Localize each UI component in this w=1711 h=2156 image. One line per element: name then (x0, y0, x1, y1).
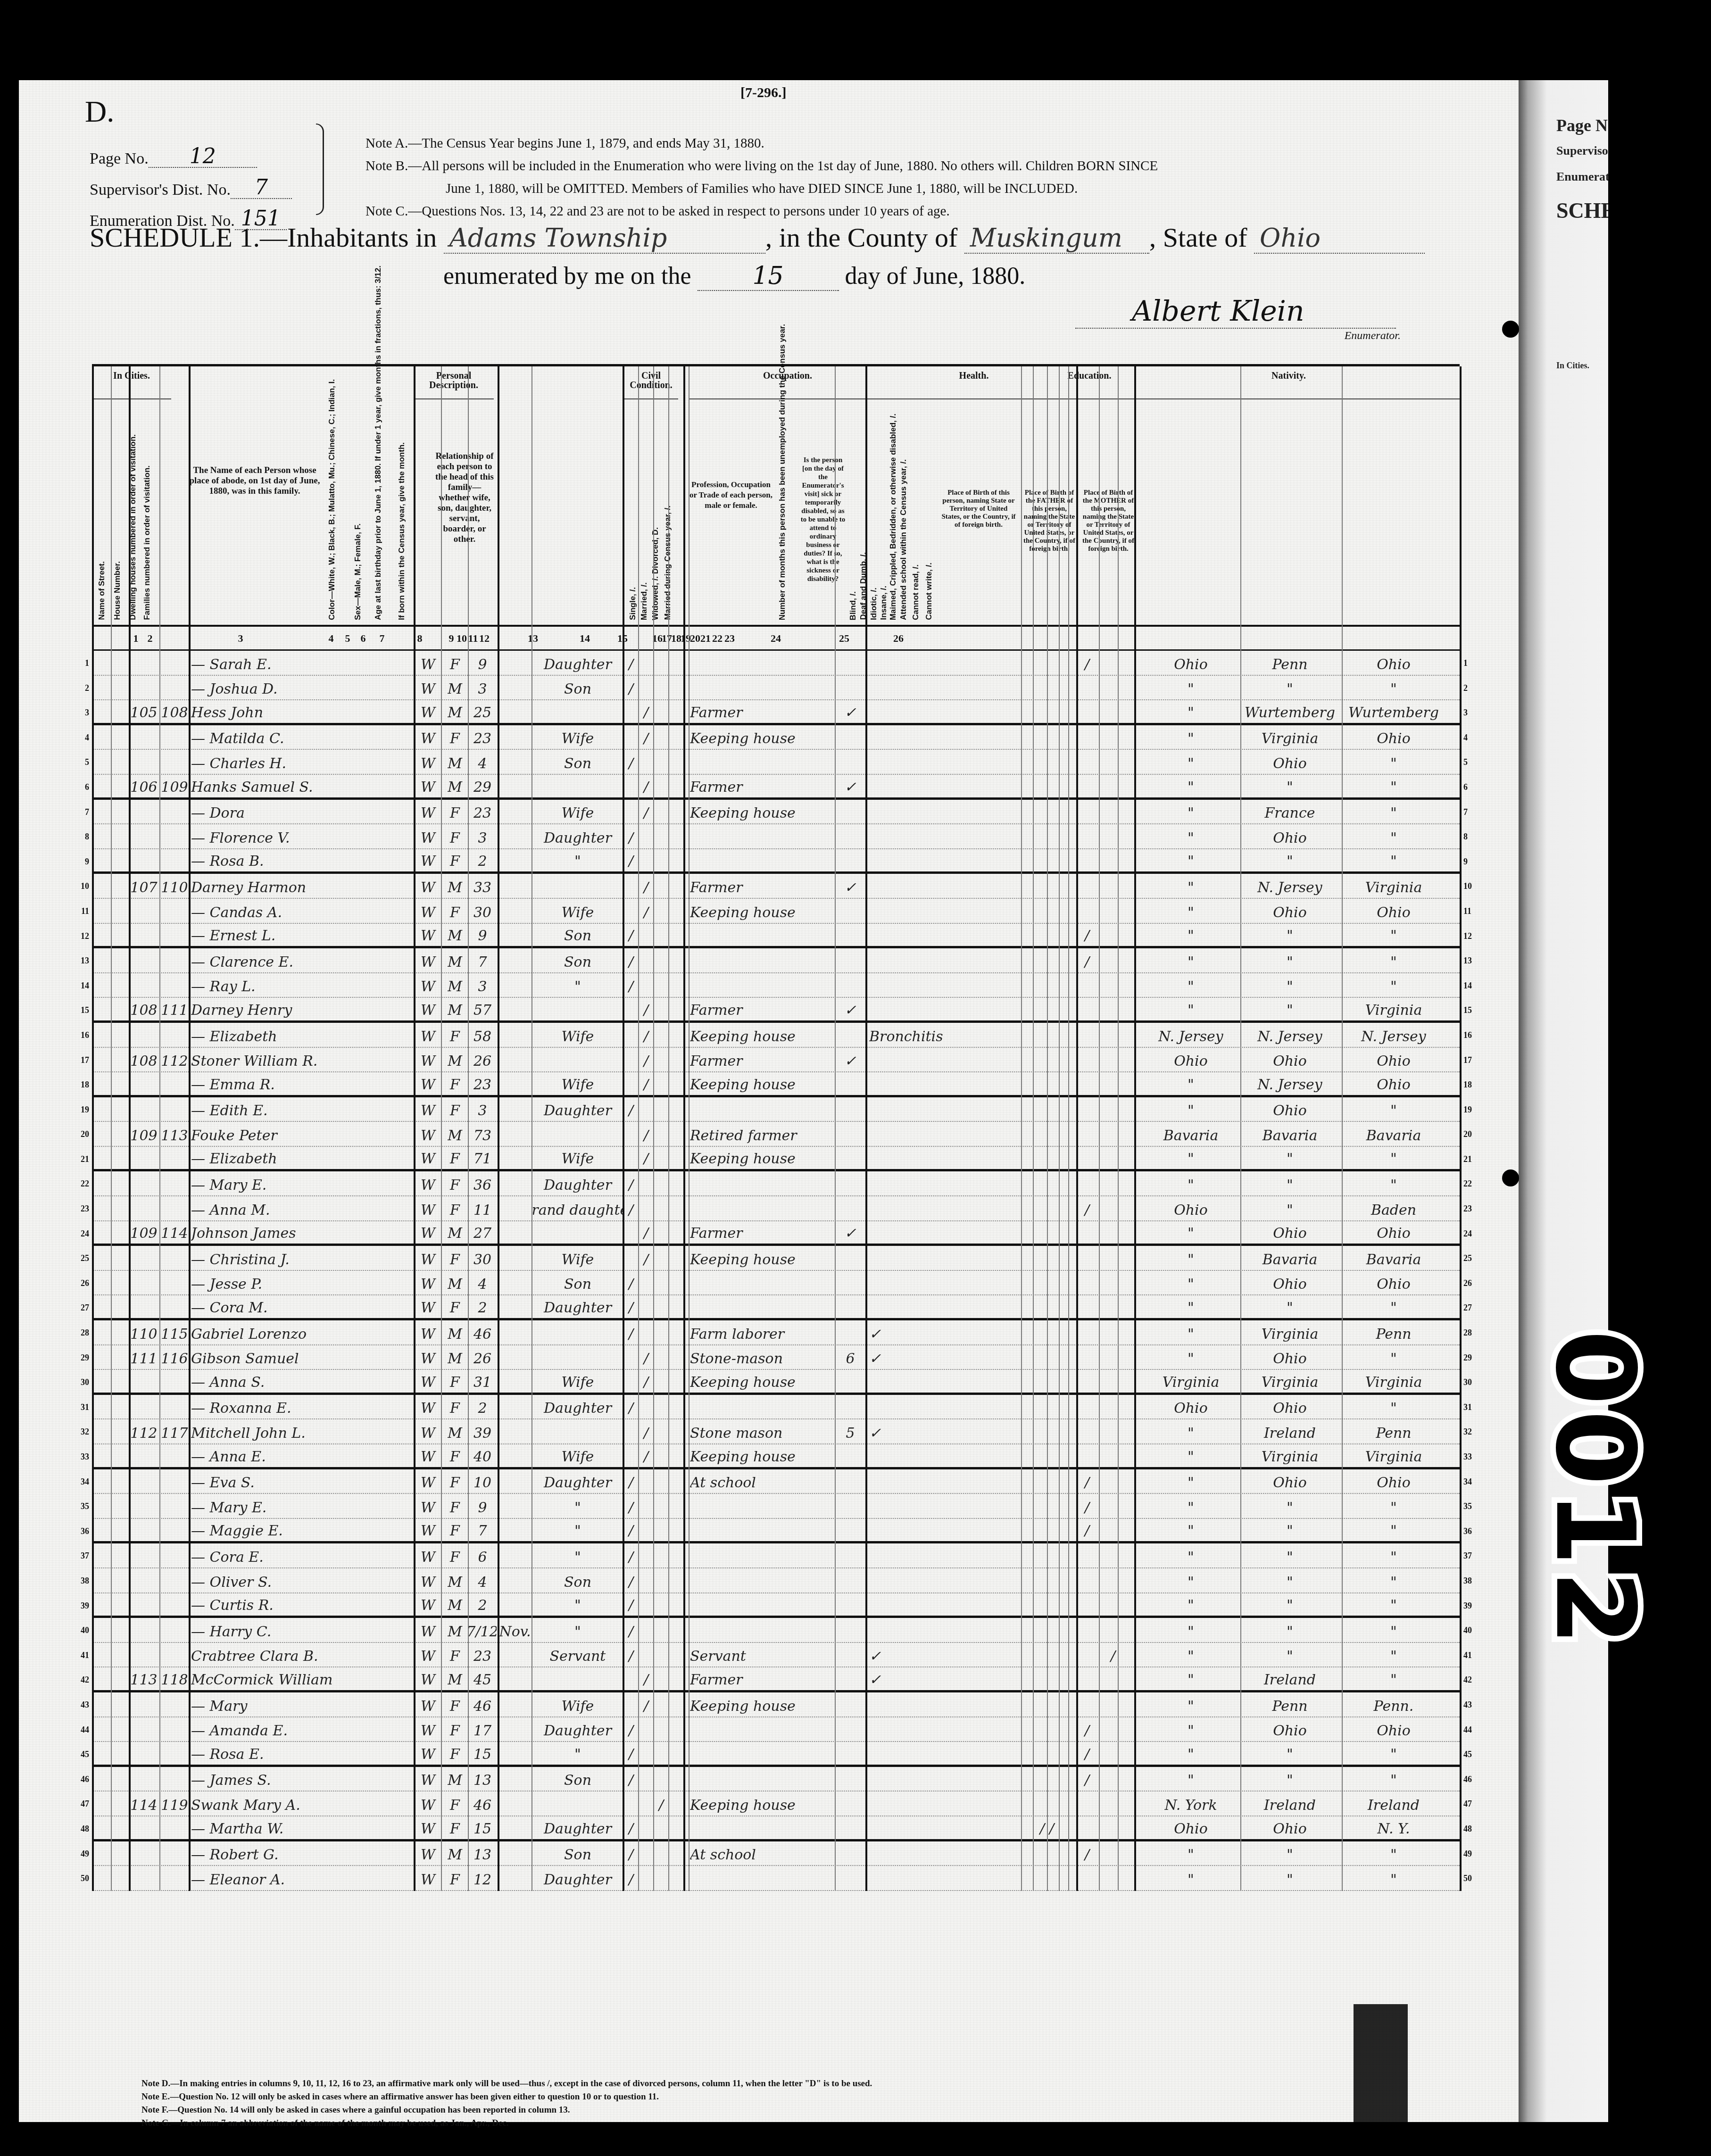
col-attended-school: Attended school within the Census year, … (899, 459, 908, 620)
table-row: 4242113118McCormick WilliamWM45/Farmer✓"… (92, 1667, 1460, 1692)
line-number-right: 16 (1463, 1030, 1472, 1040)
cell-occ: Farmer (690, 775, 831, 797)
scan-shadow (0, 1816, 14, 1938)
cell-sex: F (442, 849, 468, 872)
cell-single (624, 1345, 638, 1369)
cell-idiotic (1047, 775, 1056, 797)
cell-school (1078, 1246, 1096, 1270)
cell-idiotic (1047, 1618, 1056, 1642)
cell-age: 46 (468, 1320, 497, 1344)
cell-dw (130, 1147, 158, 1169)
cell-unemp (836, 1246, 864, 1270)
line-number-right: 17 (1463, 1055, 1472, 1065)
cell-fbp: Virginia (1243, 725, 1337, 749)
cell-deaf (1038, 1345, 1047, 1369)
cell-sick (869, 1196, 1011, 1220)
table-row: 77— DoraWF23Wife/Keeping house"France" (92, 800, 1460, 825)
cell-occ (690, 1593, 831, 1616)
cell-name: — Maggie E. (191, 1519, 413, 1542)
cell-bp: " (1144, 1841, 1238, 1866)
cell-deaf (1038, 1791, 1047, 1816)
cell-deaf (1038, 1320, 1047, 1344)
cell-idiotic (1047, 1866, 1056, 1890)
cell-month (498, 1667, 532, 1690)
cell-sex: F (442, 1866, 468, 1890)
cell-fam (160, 1519, 189, 1542)
col-num: 22 (712, 632, 723, 645)
cell-deaf (1038, 1692, 1047, 1717)
cell-fbp: Bavaria (1243, 1246, 1337, 1270)
cell-deaf: / (1038, 1816, 1047, 1839)
cell-married (639, 1295, 653, 1318)
cell-name: — Elizabeth (191, 1023, 413, 1047)
cell-fam (160, 1072, 189, 1095)
cell-rel: Daughter (533, 824, 623, 848)
cell-fam (160, 899, 189, 923)
cell-married (639, 651, 653, 675)
enumerator-label: Enumerator. (1345, 330, 1401, 342)
cell-occ (690, 750, 831, 774)
cell-age: 17 (468, 1717, 497, 1741)
cell-name: — Amanda E. (191, 1717, 413, 1741)
cell-month (498, 1023, 532, 1047)
cell-fam (160, 924, 189, 946)
col-num: 14 (578, 632, 592, 645)
cell-deaf (1038, 899, 1047, 923)
col-num: 2 (143, 632, 157, 645)
cell-idiotic (1047, 1048, 1056, 1072)
cell-idiotic (1047, 1147, 1056, 1169)
cell-sick (869, 1841, 1011, 1866)
cell-widowed (654, 750, 668, 774)
cell-rel (533, 1345, 623, 1369)
cell-sex: M (442, 998, 468, 1020)
cell-sex: F (442, 800, 468, 824)
adjacent-enumeration: Enumerat (1556, 170, 1608, 184)
cell-age: 33 (468, 874, 497, 898)
line-number-right: 19 (1463, 1105, 1472, 1115)
line-number: 38 (77, 1576, 89, 1586)
cell-cannot-write (1106, 800, 1120, 824)
cell-bp: " (1144, 899, 1238, 923)
cell-age: 23 (468, 800, 497, 824)
cell-cannot-write (1106, 1072, 1120, 1095)
cell-month (498, 1147, 532, 1169)
cell-mbp: Penn (1346, 1320, 1441, 1344)
cell-color: W (415, 1469, 441, 1493)
cell-name: — Mary (191, 1692, 413, 1717)
cell-widowed (654, 1767, 668, 1791)
cell-month (498, 1419, 532, 1443)
cell-fbp: Virginia (1243, 1370, 1337, 1393)
cell-dw: 113 (130, 1667, 158, 1690)
cell-unemp (836, 1320, 864, 1344)
cell-color: W (415, 1494, 441, 1518)
line-number-right: 6 (1463, 782, 1468, 792)
cell-widowed (654, 700, 668, 723)
cell-idiotic (1047, 1742, 1056, 1765)
cell-fbp: " (1243, 1295, 1337, 1318)
binding-hole (1502, 321, 1519, 338)
cell-deaf (1038, 1543, 1047, 1567)
cell-bp: " (1144, 824, 1238, 848)
cell-bp: Ohio (1144, 1816, 1238, 1839)
cell-sex: F (442, 1742, 468, 1765)
cell-age: 27 (468, 1221, 497, 1244)
cell-married: / (639, 1246, 653, 1270)
cell-bp: Ohio (1144, 1048, 1238, 1072)
cell-dw: 110 (130, 1320, 158, 1344)
cell-fam (160, 1444, 189, 1467)
cell-sick: Bronchitis (869, 1023, 1011, 1047)
cell-fbp: " (1243, 1643, 1337, 1667)
cell-idiotic (1047, 1667, 1056, 1690)
cell-idiotic (1047, 1171, 1056, 1195)
cell-sick (869, 1816, 1011, 1839)
cell-mbp: Bavaria (1346, 1246, 1441, 1270)
cell-widowed (654, 1444, 668, 1467)
cell-name: — Anna S. (191, 1370, 413, 1393)
cell-occ: Farmer (690, 874, 831, 898)
cell-sick (869, 1072, 1011, 1095)
cell-school (1078, 1097, 1096, 1121)
cell-mbp: Ohio (1346, 899, 1441, 923)
cell-school (1078, 1444, 1096, 1467)
cell-sex: F (442, 1147, 468, 1169)
cell-school: / (1078, 1841, 1096, 1866)
cell-married: / (639, 874, 653, 898)
cell-month (498, 1295, 532, 1318)
cell-deaf (1038, 1419, 1047, 1443)
cell-fam (160, 1271, 189, 1295)
table-row: 3737— Cora E.WF6"/""" (92, 1543, 1460, 1568)
cell-sex: M (442, 1767, 468, 1791)
cell-occ (690, 824, 831, 848)
note-d: Note D.—In making entries in columns 9, … (141, 2077, 872, 2090)
cell-sick (869, 1767, 1011, 1791)
cell-rel: " (533, 1543, 623, 1567)
cell-sex: M (442, 676, 468, 700)
cell-school (1078, 1271, 1096, 1295)
line-number-right: 32 (1463, 1427, 1472, 1437)
cell-color: W (415, 1543, 441, 1567)
cell-fbp: " (1243, 1568, 1337, 1592)
cell-age: 9 (468, 651, 497, 675)
cell-month (498, 1866, 532, 1890)
cell-name: — Anna M. (191, 1196, 413, 1220)
cell-cannot-write (1106, 725, 1120, 749)
cell-married (639, 676, 653, 700)
cell-fbp: " (1243, 1519, 1337, 1542)
cell-age: 6 (468, 1543, 497, 1567)
col-maimed: Maimed, Crippled, Bedridden, or otherwis… (889, 414, 897, 620)
cell-married: / (639, 700, 653, 723)
group-occupation: Occupation. (689, 366, 887, 399)
line-number-right: 9 (1463, 857, 1468, 867)
cell-cannot-write (1106, 1692, 1120, 1717)
cell-sick (869, 1742, 1011, 1765)
cell-sex: M (442, 1271, 468, 1295)
cell-color: W (415, 1023, 441, 1047)
cell-idiotic (1047, 1419, 1056, 1443)
cell-age: 13 (468, 1767, 497, 1791)
line-number: 16 (77, 1030, 89, 1040)
cell-occ (690, 948, 831, 972)
cell-bp: " (1144, 1643, 1238, 1667)
cell-unemp (836, 824, 864, 848)
cell-widowed (654, 1122, 668, 1146)
cell-bp: " (1144, 1717, 1238, 1741)
page-no-label: Page No. (90, 150, 149, 168)
cell-fam (160, 676, 189, 700)
cell-rel (533, 1221, 623, 1244)
col-num: 16 (652, 632, 662, 645)
cell-month (498, 1345, 532, 1369)
schedule-title: SCHEDULE 1.—Inhabitants in Adams Townshi… (90, 222, 1425, 254)
cell-single: / (624, 1643, 638, 1667)
cell-sick (869, 1246, 1011, 1270)
cell-color: W (415, 1246, 441, 1270)
cell-rel: Daughter (533, 1816, 623, 1839)
col-num: 21 (700, 632, 711, 645)
line-number: 2 (77, 683, 89, 693)
cell-rel: " (533, 1742, 623, 1765)
cell-married: / (639, 1370, 653, 1393)
cell-name: — Christina J. (191, 1246, 413, 1270)
cell-sick (869, 676, 1011, 700)
col-num: 8 (394, 632, 446, 645)
col-num: 20 (690, 632, 699, 645)
cell-name: Darney Henry (191, 998, 413, 1020)
col-num: 6 (356, 632, 370, 645)
day-value: 15 (698, 262, 839, 291)
cell-school (1078, 1122, 1096, 1146)
cell-unemp: 5 (836, 1419, 864, 1443)
cell-cannot-write (1106, 1023, 1120, 1047)
cell-fbp: Wurtemberg (1243, 700, 1337, 723)
cell-unemp (836, 1767, 864, 1791)
cell-mbp: N. Y. (1346, 1816, 1441, 1839)
cell-name: Gibson Samuel (191, 1345, 413, 1369)
note-c: Note C.—Questions Nos. 13, 14, 22 and 23… (365, 200, 1427, 223)
cell-occ: Stone-mason (690, 1345, 831, 1369)
cell-deaf (1038, 775, 1047, 797)
cell-school (1078, 1345, 1096, 1369)
cell-name: — Eva S. (191, 1469, 413, 1493)
line-number: 8 (77, 832, 89, 842)
cell-sick (869, 750, 1011, 774)
cell-cannot-write (1106, 1320, 1120, 1344)
cell-dw (130, 1841, 158, 1866)
col-married-census-year: Married during Census year, /. (664, 506, 672, 620)
cell-occ: Farmer (690, 998, 831, 1020)
scan-shadow (1354, 2004, 1408, 2127)
cell-widowed (654, 725, 668, 749)
cell-deaf (1038, 800, 1047, 824)
cell-widowed (654, 1519, 668, 1542)
cell-name: — Mary E. (191, 1494, 413, 1518)
table-row: 3232112117Mitchell John L.WM39/Stone mas… (92, 1419, 1460, 1444)
cell-dw (130, 1246, 158, 1270)
cell-cannot-write (1106, 899, 1120, 923)
cell-sick (869, 1048, 1011, 1072)
cell-month (498, 1767, 532, 1791)
cell-month (498, 1221, 532, 1244)
cell-widowed (654, 998, 668, 1020)
cell-unemp (836, 1072, 864, 1095)
cell-dw (130, 1072, 158, 1095)
cell-widowed: / (654, 1791, 668, 1816)
cell-single (624, 775, 638, 797)
cell-unemp: ✓ (836, 998, 864, 1020)
cell-single: / (624, 1097, 638, 1121)
cell-widowed (654, 973, 668, 997)
cell-bp: " (1144, 1568, 1238, 1592)
cell-idiotic (1047, 1767, 1056, 1791)
cell-month (498, 1519, 532, 1542)
cell-cannot-write (1106, 1295, 1120, 1318)
col-sickness: Is the person [on the day of the Enumera… (799, 456, 847, 583)
cell-month (498, 750, 532, 774)
cell-unemp (836, 750, 864, 774)
cell-bp: " (1144, 924, 1238, 946)
cell-deaf (1038, 1444, 1047, 1467)
line-number-right: 44 (1463, 1725, 1472, 1735)
col-num: 4 (324, 632, 338, 645)
cell-unemp (836, 676, 864, 700)
cell-idiotic (1047, 700, 1056, 723)
cell-occ (690, 1494, 831, 1518)
col-street: Name of Street. (98, 561, 106, 620)
cell-unemp (836, 1295, 864, 1318)
cell-color: W (415, 1767, 441, 1791)
cell-dw (130, 948, 158, 972)
cell-age: 26 (468, 1048, 497, 1072)
cell-rel: Wife (533, 1246, 623, 1270)
cell-occ (690, 1171, 831, 1195)
cell-unemp (836, 973, 864, 997)
cell-married: / (639, 1419, 653, 1443)
cell-idiotic (1047, 1196, 1056, 1220)
cell-month (498, 1717, 532, 1741)
cell-name: — Jesse P. (191, 1271, 413, 1295)
cell-deaf (1038, 849, 1047, 872)
cell-fbp: Ohio (1243, 1469, 1337, 1493)
cell-deaf (1038, 651, 1047, 675)
cell-month (498, 973, 532, 997)
cell-name: — Rosa B. (191, 849, 413, 872)
line-number: 42 (77, 1675, 89, 1685)
cell-age: 30 (468, 899, 497, 923)
cell-rel (533, 874, 623, 898)
cell-bp: " (1144, 1246, 1238, 1270)
cell-single: / (624, 1469, 638, 1493)
line-number: 25 (77, 1253, 89, 1263)
cell-widowed (654, 651, 668, 675)
col-num: 10 (456, 632, 467, 645)
line-number-right: 36 (1463, 1526, 1472, 1536)
cell-school (1078, 1568, 1096, 1592)
cell-sex: F (442, 1519, 468, 1542)
line-number: 18 (77, 1080, 89, 1090)
cell-sex: M (442, 700, 468, 723)
cell-name: Johnson James (191, 1221, 413, 1244)
cell-cannot-write (1106, 1419, 1120, 1443)
cell-fbp: Ireland (1243, 1667, 1337, 1690)
table-row: 3333— Anna E.WF40Wife/Keeping house"Virg… (92, 1444, 1460, 1469)
cell-widowed (654, 1816, 668, 1839)
cell-dw: 108 (130, 998, 158, 1020)
cell-age: 23 (468, 1643, 497, 1667)
cell-sex: F (442, 1196, 468, 1220)
cell-age: 15 (468, 1816, 497, 1839)
cell-mbp: Ohio (1346, 1072, 1441, 1095)
cell-rel: Daughter (533, 651, 623, 675)
cell-name: — Dora (191, 800, 413, 824)
line-number: 19 (77, 1105, 89, 1115)
cell-sick (869, 1866, 1011, 1890)
group-education: Education. (1061, 366, 1118, 399)
cell-deaf (1038, 750, 1047, 774)
cell-bp: " (1144, 775, 1238, 797)
cell-fam (160, 1692, 189, 1717)
cell-age: 2 (468, 1295, 497, 1318)
cell-married: / (639, 725, 653, 749)
cell-widowed (654, 1841, 668, 1866)
cell-sick (869, 1791, 1011, 1816)
cell-name: — Cora M. (191, 1295, 413, 1318)
cell-dw (130, 1295, 158, 1318)
cell-mbp: " (1346, 948, 1441, 972)
cell-bp: N. Jersey (1144, 1023, 1238, 1047)
cell-age: 7 (468, 948, 497, 972)
cell-sick (869, 948, 1011, 972)
cell-name: Fouke Peter (191, 1122, 413, 1146)
table-row: 3636— Maggie E.WF7"//""" (92, 1519, 1460, 1544)
cell-deaf (1038, 1048, 1047, 1072)
cell-sex: M (442, 1618, 468, 1642)
cell-widowed (654, 1419, 668, 1443)
cell-widowed (654, 1618, 668, 1642)
cell-mbp: " (1346, 775, 1441, 797)
line-number-right: 28 (1463, 1328, 1472, 1338)
line-number-right: 30 (1463, 1377, 1472, 1387)
cell-dw (130, 1692, 158, 1717)
cell-mbp: " (1346, 1097, 1441, 1121)
cell-fbp: Ohio (1243, 1345, 1337, 1369)
cell-widowed (654, 1866, 668, 1890)
cell-fam (160, 1023, 189, 1047)
cell-fam (160, 1866, 189, 1890)
cell-month (498, 1370, 532, 1393)
cell-unemp (836, 1643, 864, 1667)
cell-mbp: Virginia (1346, 1370, 1441, 1393)
cell-age: 9 (468, 924, 497, 946)
cell-age: 3 (468, 973, 497, 997)
note-f: Note F.—Question No. 14 will only be ask… (141, 2104, 872, 2117)
cell-school (1078, 800, 1096, 824)
table-row: 3939— Curtis R.WM2"/""" (92, 1593, 1460, 1618)
line-number: 17 (77, 1055, 89, 1065)
cell-fam (160, 1295, 189, 1318)
line-number-right: 4 (1463, 733, 1468, 743)
cell-sex: F (442, 1023, 468, 1047)
cell-occ: Keeping house (690, 1246, 831, 1270)
line-number-right: 14 (1463, 981, 1472, 991)
cell-deaf (1038, 1023, 1047, 1047)
col-relationship: Relationship of each person to the head … (434, 451, 495, 545)
cell-widowed (654, 1742, 668, 1765)
